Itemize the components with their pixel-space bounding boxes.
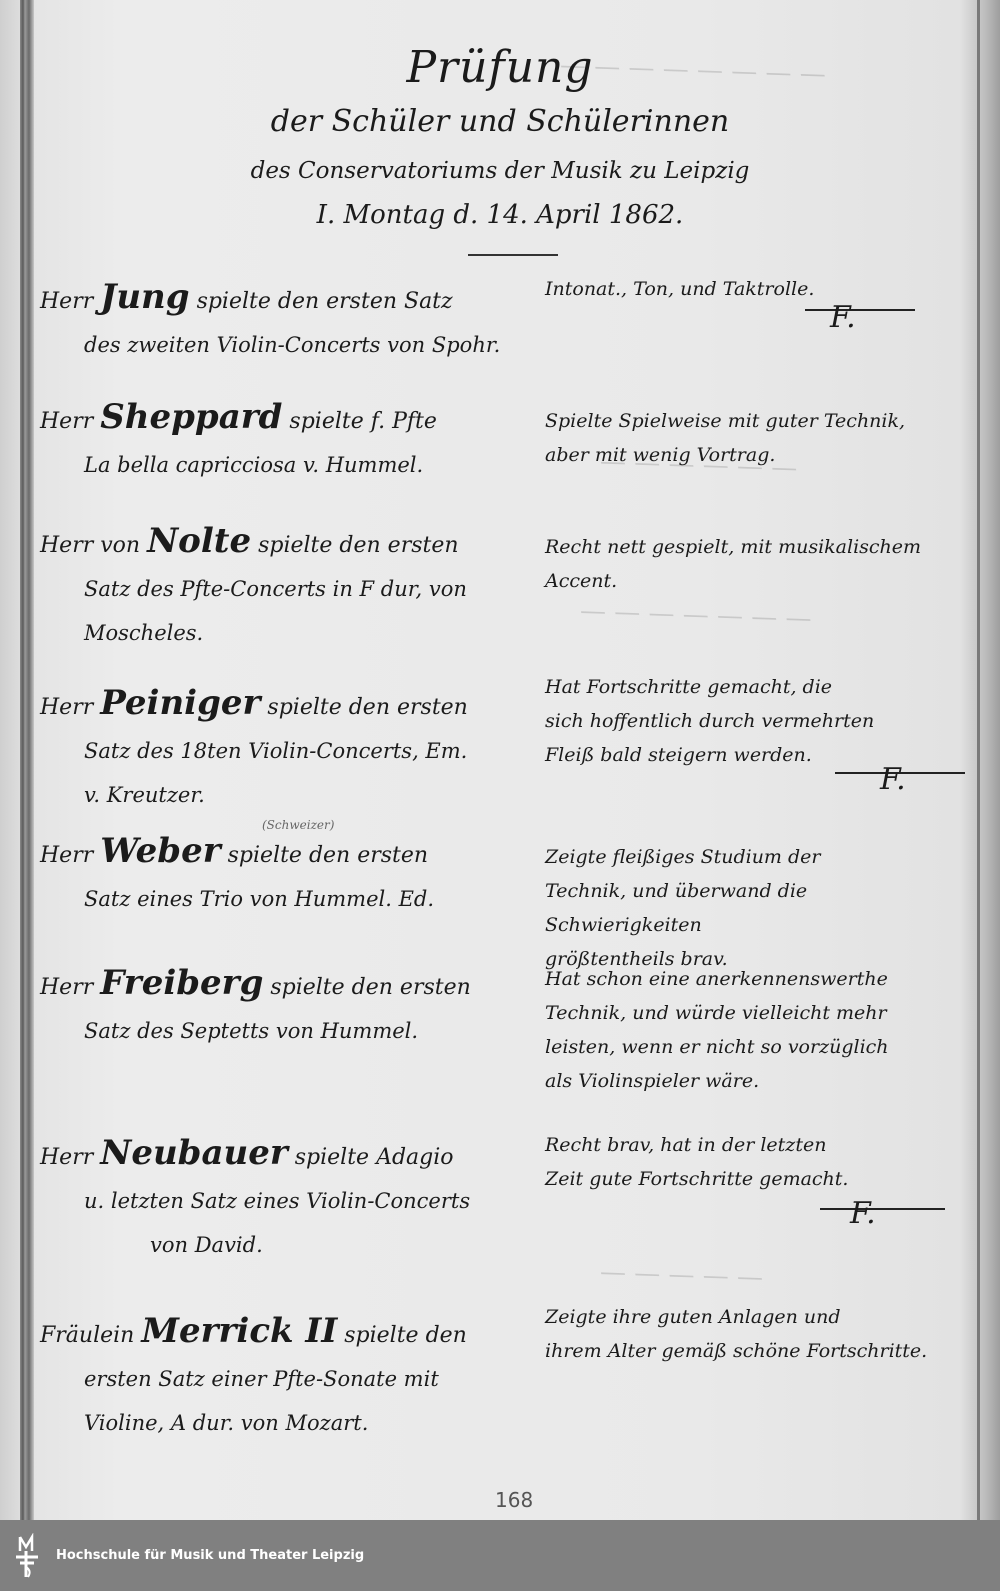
entry-text: spielte den ersten [258, 533, 458, 558]
entry-text: spielte Adagio [295, 1145, 454, 1170]
entry-neubauer-performance: Herr Neubauer spielte Adagio u. letzten … [40, 1132, 520, 1267]
footer-bar: Hochschule für Musik und Theater Leipzig [0, 1520, 1000, 1591]
remark-text: Spielte Spielweise mit guter Technik, [545, 404, 965, 438]
entry-text: v. Kreutzer. [40, 773, 520, 817]
entry-prefix: Herr [40, 289, 93, 314]
entry-text: von David. [40, 1223, 520, 1267]
document-subtitle: der Schüler und Schülerinnen [0, 104, 1000, 139]
entry-sheppard-performance: Herr Sheppard spielte f. Pfte La bella c… [40, 396, 520, 487]
entry-peiniger-remark: Hat Fortschritte gemacht, die sich hoffe… [545, 670, 965, 772]
student-name: Nolte [147, 521, 251, 561]
remark-text: Recht brav, hat in der letzten [545, 1128, 965, 1162]
entry-prefix: Herr [40, 695, 93, 720]
entry-text: spielte f. Pfte [289, 409, 436, 434]
entry-text: spielte den ersten [228, 843, 428, 868]
student-name: Neubauer [100, 1133, 288, 1173]
entry-peiniger-performance: Herr Peiniger spielte den ersten Satz de… [40, 682, 520, 817]
entry-text: ersten Satz einer Pfte-Sonate mit [40, 1357, 520, 1401]
examiner-signature: F. [830, 300, 856, 335]
remark-text: Zeigte ihre guten Anlagen und [545, 1300, 965, 1334]
student-name: Freiberg [100, 963, 263, 1003]
entry-sheppard-remark: Spielte Spielweise mit guter Technik, ab… [545, 404, 965, 472]
bleed-through-text: — — — — — [600, 1257, 764, 1293]
bleed-through-text: — — — — — — — [580, 596, 812, 634]
entry-prefix: Herr von [40, 533, 140, 558]
remark-text: Technik, und würde vielleicht mehr [545, 996, 965, 1030]
entry-merrick-remark: Zeigte ihre guten Anlagen und ihrem Alte… [545, 1300, 965, 1368]
remark-text: ihrem Alter gemäß schöne Fortschritte. [545, 1334, 965, 1368]
entry-text: des zweiten Violin-Concerts von Spohr. [40, 323, 520, 367]
entry-freiberg-remark: Hat schon eine anerkennenswerthe Technik… [545, 962, 965, 1098]
folio-number: 168 [495, 1488, 533, 1512]
remark-text: aber mit wenig Vortrag. [545, 438, 965, 472]
footer-institution: Hochschule für Musik und Theater Leipzig [56, 1548, 364, 1563]
entry-prefix: Fräulein [40, 1323, 134, 1348]
entry-text: Satz des Septetts von Hummel. [40, 1009, 520, 1053]
remark-text: Accent. [545, 564, 965, 598]
entry-text: spielte den [344, 1323, 467, 1348]
entry-prefix: Herr [40, 409, 93, 434]
entry-text: La bella capricciosa v. Hummel. [40, 443, 520, 487]
examiner-signature: F. [850, 1196, 876, 1231]
entry-prefix: Herr [40, 975, 93, 1000]
remark-text: leisten, wenn er nicht so vorzüglich [545, 1030, 965, 1064]
student-name: Jung [100, 277, 189, 317]
pencil-annotation: (Schweizer) [262, 818, 334, 832]
examiner-signature: F. [880, 762, 906, 797]
remark-text: Technik, und überwand die Schwierigkeite… [545, 874, 965, 942]
signature-flourish [805, 309, 915, 311]
entry-weber-remark: Zeigte fleißiges Studium der Technik, un… [545, 840, 965, 976]
remark-text: Zeigte fleißiges Studium der [545, 840, 965, 874]
student-name: Sheppard [100, 397, 282, 437]
entry-prefix: Herr [40, 843, 93, 868]
session-date: I. Montag d. 14. April 1862. [0, 200, 1000, 230]
entry-merrick-performance: Fräulein Merrick II spielte den ersten S… [40, 1310, 520, 1445]
entry-neubauer-remark: Recht brav, hat in der letzten Zeit gute… [545, 1128, 965, 1196]
remark-text: Hat schon eine anerkennenswerthe [545, 962, 965, 996]
remark-text: Hat Fortschritte gemacht, die [545, 670, 965, 704]
entry-freiberg-performance: Herr Freiberg spielte den ersten Satz de… [40, 962, 520, 1053]
entry-weber-performance: Herr Weber spielte den ersten Satz eines… [40, 830, 520, 921]
entry-nolte-remark: Recht nett gespielt, mit musikalischem A… [545, 530, 965, 598]
entry-text: spielte den ersten [267, 695, 467, 720]
student-name: Peiniger [100, 683, 260, 723]
entry-text: Violine, A dur. von Mozart. [40, 1401, 520, 1445]
title-divider [468, 254, 558, 256]
entry-text: spielte den ersten Satz [197, 289, 453, 314]
remark-text: als Violinspieler wäre. [545, 1064, 965, 1098]
entry-text: Satz des 18ten Violin-Concerts, Em. [40, 729, 520, 773]
student-name: Merrick II [141, 1311, 337, 1351]
document-title: Prüfung [0, 42, 1000, 93]
hmt-logo-icon [12, 1533, 42, 1579]
entry-prefix: Herr [40, 1145, 93, 1170]
entry-text: Moscheles. [40, 611, 520, 655]
entry-jung-remark: Intonat., Ton, und Taktrolle. [545, 272, 965, 306]
entry-jung-performance: Herr Jung spielte den ersten Satz des zw… [40, 276, 520, 367]
remark-text: Recht nett gespielt, mit musikalischem [545, 530, 965, 564]
entry-nolte-performance: Herr von Nolte spielte den ersten Satz d… [40, 520, 520, 655]
remark-text: Intonat., Ton, und Taktrolle. [545, 272, 965, 306]
student-name: Weber [100, 831, 220, 871]
entry-text: Satz des Pfte-Concerts in F dur, von [40, 567, 520, 611]
manuscript-page: — — — — — — — — — — — — — — — — — — — — … [0, 0, 1000, 1520]
entry-text: Satz eines Trio von Hummel. Ed. [40, 877, 520, 921]
remark-text: sich hoffentlich durch vermehrten [545, 704, 965, 738]
remark-text: Zeit gute Fortschritte gemacht. [545, 1162, 965, 1196]
entry-text: spielte den ersten [270, 975, 470, 1000]
signature-flourish [820, 1208, 945, 1210]
institution-line: des Conservatoriums der Musik zu Leipzig [0, 158, 1000, 184]
entry-text: u. letzten Satz eines Violin-Concerts [40, 1179, 520, 1223]
